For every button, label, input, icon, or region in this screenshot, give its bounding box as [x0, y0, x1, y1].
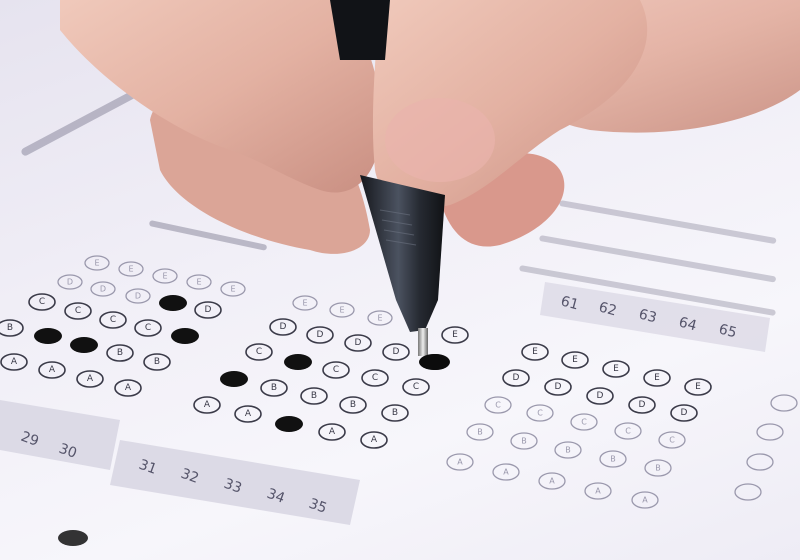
- pen-tip: [418, 328, 428, 356]
- pen-grip: [360, 175, 445, 332]
- thumbnail: [385, 98, 495, 182]
- ink-mark: [419, 354, 449, 370]
- hand-holding-pen: [0, 0, 800, 560]
- photo-scene: 29 30 31 32 33 34 35 61 62 63 64 65 A A …: [0, 0, 800, 560]
- pen-barrel: [330, 0, 390, 60]
